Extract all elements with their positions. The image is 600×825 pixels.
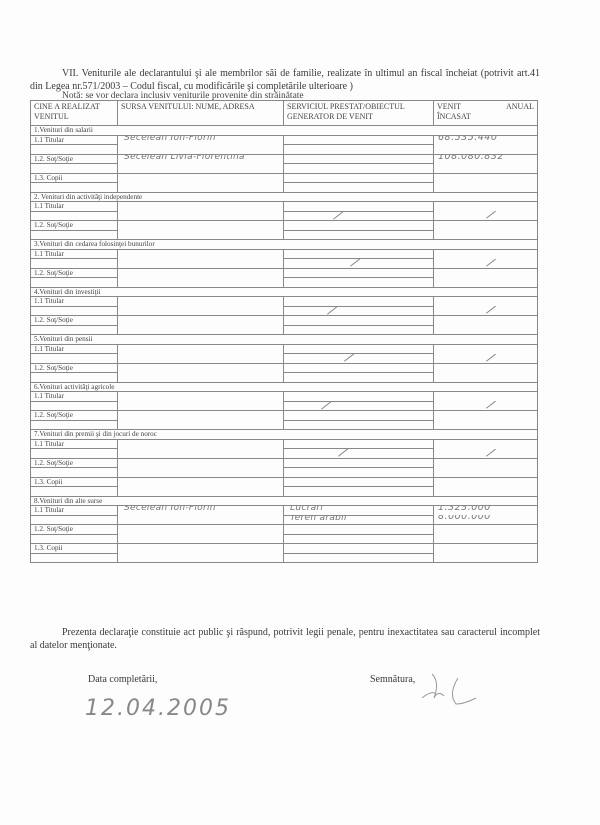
income-cell xyxy=(434,477,538,487)
income-cell xyxy=(434,411,538,421)
source-cell xyxy=(118,173,284,183)
service-cell xyxy=(284,363,434,373)
blank-cell xyxy=(434,449,538,459)
blank-cell xyxy=(434,230,538,240)
blank-cell xyxy=(118,534,284,544)
source-cell xyxy=(118,202,284,212)
table-row-blank xyxy=(31,553,538,563)
table-row-blank xyxy=(31,183,538,193)
source-cell xyxy=(118,411,284,421)
source-cell xyxy=(118,439,284,449)
section-row: 6.Venituri activităţi agricole xyxy=(31,382,538,392)
row-label: 1.2. Soţ/Soţie xyxy=(31,363,118,373)
blank-cell xyxy=(284,449,434,459)
income-cell xyxy=(434,202,538,212)
table-row-blank xyxy=(31,420,538,430)
blank-cell: 8.000.000 xyxy=(434,515,538,525)
document-page: VII. Veniturile ale declarantului şi ale… xyxy=(0,0,600,825)
service-cell xyxy=(284,173,434,183)
service-cell xyxy=(284,135,434,145)
service-cell xyxy=(284,477,434,487)
handwritten-entry: Secelean Ion-Florin xyxy=(124,506,216,513)
income-cell: 68.535.440 xyxy=(434,135,538,145)
handwritten-entry: 1.323.000 xyxy=(438,506,491,513)
blank-cell xyxy=(118,468,284,478)
blank-cell xyxy=(434,164,538,174)
section-title: 2. Venituri din activităţi independente xyxy=(31,192,538,202)
blank-cell xyxy=(31,278,118,288)
strike-slash-mark xyxy=(486,306,504,314)
row-label: 1.2. Soţ/Soţie xyxy=(31,411,118,421)
blank-cell xyxy=(31,401,118,411)
income-cell xyxy=(434,439,538,449)
income-cell xyxy=(434,363,538,373)
table-row: 1.1 TitularSecelean Ion-FlorinLucrări1.3… xyxy=(31,506,538,516)
source-cell xyxy=(118,525,284,535)
blank-cell xyxy=(434,354,538,364)
table-row-blank xyxy=(31,325,538,335)
service-cell xyxy=(284,221,434,231)
blank-cell xyxy=(118,306,284,316)
source-cell xyxy=(118,544,284,554)
strike-slash-mark xyxy=(486,401,504,409)
source-cell xyxy=(118,316,284,326)
section-title: 5.Venituri din pensii xyxy=(31,335,538,345)
blank-cell xyxy=(434,278,538,288)
source-cell xyxy=(118,392,284,402)
blank-cell xyxy=(118,278,284,288)
blank-cell xyxy=(118,164,284,174)
table-row: 1.1 Titular xyxy=(31,392,538,402)
service-cell xyxy=(284,458,434,468)
row-label: 1.2. Soţ/Soţie xyxy=(31,458,118,468)
blank-cell xyxy=(434,420,538,430)
signature-mark xyxy=(418,668,478,708)
blank-cell xyxy=(284,401,434,411)
handwritten-entry: Secelean Ion-Florin xyxy=(124,135,216,142)
row-label: 1.2. Soţ/Soţie xyxy=(31,268,118,278)
strike-slash-mark xyxy=(486,449,504,457)
handwritten-entry: Secelean Livia-Florentina xyxy=(124,154,245,161)
income-cell xyxy=(434,173,538,183)
blank-cell xyxy=(284,259,434,269)
blank-cell xyxy=(284,468,434,478)
row-label: 1.1 Titular xyxy=(31,249,118,259)
handwritten-entry: 108.080.832 xyxy=(438,154,504,161)
table-row: 1.1 Titular xyxy=(31,202,538,212)
source-cell xyxy=(118,344,284,354)
table-row: 1.3. Copii xyxy=(31,544,538,554)
table-row: 1.2. Soţ/Soţie xyxy=(31,221,538,231)
blank-cell xyxy=(284,230,434,240)
blank-cell xyxy=(284,534,434,544)
table-row: 1.2. Soţ/Soţie xyxy=(31,363,538,373)
source-cell: Secelean Livia-Florentina xyxy=(118,154,284,164)
header-income: VENITANUAL ÎNCASAT xyxy=(434,101,538,126)
section-row: 3.Venituri din cedarea folosinţei bunuri… xyxy=(31,240,538,250)
blank-cell xyxy=(434,487,538,497)
service-cell xyxy=(284,154,434,164)
service-cell xyxy=(284,411,434,421)
service-cell xyxy=(284,202,434,212)
row-label: 1.2. Soţ/Soţie xyxy=(31,316,118,326)
blank-cell xyxy=(284,325,434,335)
table-row-blank xyxy=(31,468,538,478)
handwritten-entry: Teren arabil xyxy=(290,515,347,522)
strike-slash-mark xyxy=(333,211,351,219)
table-row: 1.1 TitularSecelean Ion-Florin68.535.440 xyxy=(31,135,538,145)
declaration-text: Prezenta declaraţie constituie act publi… xyxy=(30,626,540,652)
header-service: SERVICIUL PRESTAT/OBIECTUL GENERATOR DE … xyxy=(284,101,434,126)
service-cell xyxy=(284,544,434,554)
table-row-blank xyxy=(31,306,538,316)
blank-cell xyxy=(118,401,284,411)
service-cell xyxy=(284,297,434,307)
section-title: 8.Venituri din alte surse xyxy=(31,496,538,506)
blank-cell xyxy=(118,553,284,563)
strike-slash-mark xyxy=(344,354,362,362)
table-row: 1.2. Soţ/SoţieSecelean Livia-Florentina1… xyxy=(31,154,538,164)
blank-cell xyxy=(31,164,118,174)
row-label: 1.1 Titular xyxy=(31,344,118,354)
blank-cell xyxy=(118,487,284,497)
table-row-blank xyxy=(31,373,538,383)
income-cell xyxy=(434,344,538,354)
table-row: 1.1 Titular xyxy=(31,439,538,449)
blank-cell xyxy=(434,534,538,544)
source-cell xyxy=(118,249,284,259)
section-row: 7.Venituri din premii şi din jocuri de n… xyxy=(31,430,538,440)
service-cell xyxy=(284,268,434,278)
blank-cell xyxy=(31,534,118,544)
blank-cell xyxy=(284,278,434,288)
income-cell xyxy=(434,525,538,535)
service-cell xyxy=(284,439,434,449)
row-label: 1.3. Copii xyxy=(31,477,118,487)
section-title: 6.Venituri activităţi agricole xyxy=(31,382,538,392)
table-header-row: CINE A REALIZAT VENITUL SURSA VENITULUI:… xyxy=(31,101,538,126)
income-cell: 1.323.000 xyxy=(434,506,538,516)
blank-cell xyxy=(118,373,284,383)
blank-cell xyxy=(118,449,284,459)
service-cell: Lucrări xyxy=(284,506,434,516)
table-row: 1.2. Soţ/Soţie xyxy=(31,411,538,421)
blank-cell xyxy=(284,373,434,383)
section-title: 7.Venituri din premii şi din jocuri de n… xyxy=(31,430,538,440)
strike-slash-mark xyxy=(327,306,345,314)
income-cell: 108.080.832 xyxy=(434,154,538,164)
blank-cell xyxy=(31,230,118,240)
handwritten-entry: Lucrări xyxy=(290,506,323,513)
strike-slash-mark xyxy=(350,259,368,267)
table-row-blank xyxy=(31,401,538,411)
blank-cell xyxy=(118,230,284,240)
table-row: 1.2. Soţ/Soţie xyxy=(31,268,538,278)
date-value: 12.04.2005 xyxy=(85,696,231,721)
blank-cell xyxy=(434,373,538,383)
blank-cell xyxy=(434,211,538,221)
header-source: SURSA VENITULUI: NUME, ADRESA xyxy=(118,101,284,126)
table-row: 1.1 Titular xyxy=(31,344,538,354)
row-label: 1.1 Titular xyxy=(31,439,118,449)
blank-cell xyxy=(118,145,284,155)
blank-cell xyxy=(434,553,538,563)
section-heading: VII. Veniturile ale declarantului şi ale… xyxy=(30,68,540,93)
blank-cell xyxy=(284,164,434,174)
table-row: 1.2. Soţ/Soţie xyxy=(31,458,538,468)
source-cell xyxy=(118,221,284,231)
table-row-blank xyxy=(31,278,538,288)
blank-cell xyxy=(434,306,538,316)
blank-cell xyxy=(118,354,284,364)
row-label: 1.1 Titular xyxy=(31,506,118,516)
blank-cell: Teren arabil xyxy=(284,515,434,525)
blank-cell xyxy=(31,183,118,193)
source-cell xyxy=(118,477,284,487)
service-cell xyxy=(284,525,434,535)
income-cell xyxy=(434,249,538,259)
blank-cell xyxy=(434,401,538,411)
source-cell xyxy=(118,268,284,278)
blank-cell xyxy=(31,487,118,497)
source-cell: Secelean Ion-Florin xyxy=(118,506,284,516)
section-title: 4.Venituri din investiţii xyxy=(31,287,538,297)
source-cell xyxy=(118,458,284,468)
table-row: 1.3. Copii xyxy=(31,477,538,487)
income-cell xyxy=(434,316,538,326)
blank-cell xyxy=(284,306,434,316)
income-cell xyxy=(434,268,538,278)
blank-cell xyxy=(31,449,118,459)
blank-cell xyxy=(434,183,538,193)
table-row-blank xyxy=(31,259,538,269)
strike-slash-mark xyxy=(486,259,504,267)
blank-cell xyxy=(284,145,434,155)
section-row: 2. Venituri din activităţi independente xyxy=(31,192,538,202)
service-cell xyxy=(284,344,434,354)
row-label: 1.2. Soţ/Soţie xyxy=(31,525,118,535)
table-row-blank xyxy=(31,534,538,544)
table-row: 1.2. Soţ/Soţie xyxy=(31,316,538,326)
income-cell xyxy=(434,297,538,307)
handwritten-entry: 68.535.440 xyxy=(438,135,497,142)
section-title: 1.Venituri din salarii xyxy=(31,126,538,136)
blank-cell xyxy=(118,325,284,335)
date-label: Data completării, xyxy=(88,674,157,685)
blank-cell xyxy=(31,468,118,478)
row-label: 1.1 Titular xyxy=(31,135,118,145)
blank-cell xyxy=(434,259,538,269)
strike-slash-mark xyxy=(486,211,504,219)
income-cell xyxy=(434,544,538,554)
blank-cell xyxy=(31,306,118,316)
table-row: 1.1 Titular xyxy=(31,297,538,307)
blank-cell xyxy=(284,487,434,497)
handwritten-entry: 8.000.000 xyxy=(438,515,491,521)
row-label: 1.2. Soţ/Soţie xyxy=(31,154,118,164)
blank-cell xyxy=(434,145,538,155)
signature-label: Semnătura, xyxy=(370,674,415,685)
table-row: 1.1 Titular xyxy=(31,249,538,259)
blank-cell xyxy=(31,259,118,269)
section-row: 4.Venituri din investiţii xyxy=(31,287,538,297)
table-row-blank xyxy=(31,354,538,364)
income-cell xyxy=(434,221,538,231)
blank-cell xyxy=(31,145,118,155)
blank-cell xyxy=(434,468,538,478)
blank-cell xyxy=(118,211,284,221)
blank-cell xyxy=(31,553,118,563)
income-cell xyxy=(434,392,538,402)
section-row: 1.Venituri din salarii xyxy=(31,126,538,136)
blank-cell xyxy=(118,259,284,269)
source-cell: Secelean Ion-Florin xyxy=(118,135,284,145)
row-label: 1.1 Titular xyxy=(31,297,118,307)
blank-cell xyxy=(31,354,118,364)
blank-cell xyxy=(434,325,538,335)
service-cell xyxy=(284,249,434,259)
blank-cell xyxy=(284,354,434,364)
income-cell xyxy=(434,458,538,468)
table-row-blank xyxy=(31,211,538,221)
row-label: 1.1 Titular xyxy=(31,392,118,402)
section-title: 3.Venituri din cedarea folosinţei bunuri… xyxy=(31,240,538,250)
service-cell xyxy=(284,392,434,402)
section-row: 8.Venituri din alte surse xyxy=(31,496,538,506)
blank-cell xyxy=(118,183,284,193)
row-label: 1.3. Copii xyxy=(31,173,118,183)
blank-cell xyxy=(284,183,434,193)
row-label: 1.3. Copii xyxy=(31,544,118,554)
blank-cell xyxy=(31,325,118,335)
blank-cell xyxy=(118,515,284,525)
blank-cell xyxy=(31,420,118,430)
blank-cell xyxy=(284,553,434,563)
table-row-blank xyxy=(31,164,538,174)
source-cell xyxy=(118,363,284,373)
source-cell xyxy=(118,297,284,307)
blank-cell xyxy=(284,420,434,430)
table-row: 1.2. Soţ/Soţie xyxy=(31,525,538,535)
header-who: CINE A REALIZAT VENITUL xyxy=(31,101,118,126)
blank-cell xyxy=(31,373,118,383)
strike-slash-mark xyxy=(486,354,504,362)
row-label: 1.1 Titular xyxy=(31,202,118,212)
blank-cell xyxy=(31,211,118,221)
table-row-blank: Teren arabil8.000.000 xyxy=(31,515,538,525)
table-row-blank xyxy=(31,230,538,240)
table-row-blank xyxy=(31,145,538,155)
blank-cell xyxy=(31,515,118,525)
service-cell xyxy=(284,316,434,326)
strike-slash-mark xyxy=(321,401,339,409)
row-label: 1.2. Soţ/Soţie xyxy=(31,221,118,231)
table-row: 1.3. Copii xyxy=(31,173,538,183)
strike-slash-mark xyxy=(338,449,356,457)
table-row-blank xyxy=(31,487,538,497)
section-row: 5.Venituri din pensii xyxy=(31,335,538,345)
table-row-blank xyxy=(31,449,538,459)
blank-cell xyxy=(118,420,284,430)
blank-cell xyxy=(284,211,434,221)
income-table: CINE A REALIZAT VENITUL SURSA VENITULUI:… xyxy=(30,100,538,563)
